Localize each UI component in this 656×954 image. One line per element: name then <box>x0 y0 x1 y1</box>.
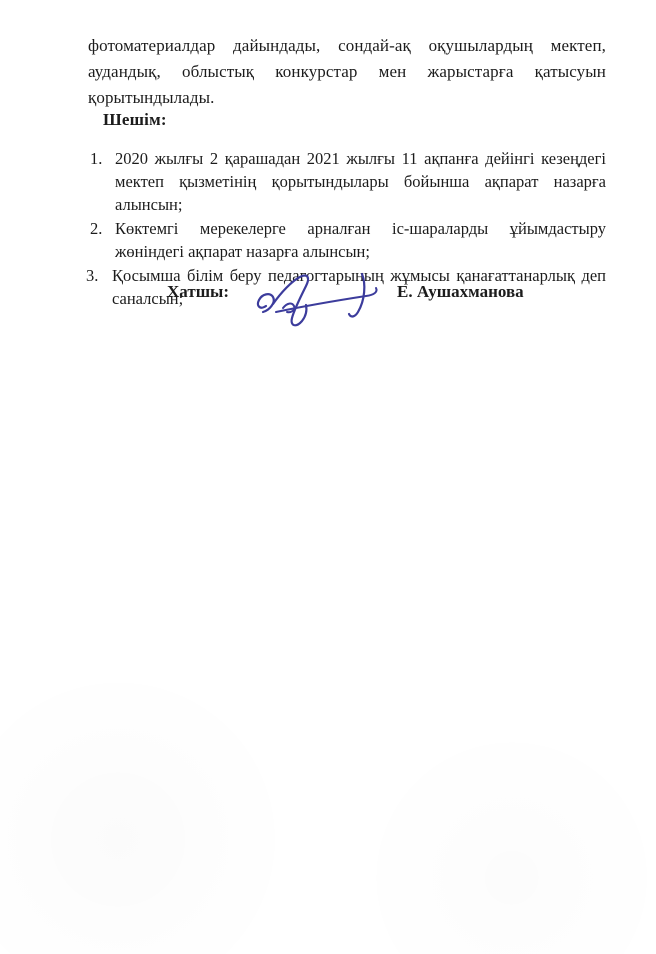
document-page: фотоматериалдар дайындады, сондай-ақ оқу… <box>0 0 656 954</box>
decision-item-2: Көктемгі мерекелерге арналған іс-шаралар… <box>88 217 606 263</box>
handwritten-signature <box>250 260 390 340</box>
decision-heading: Шешім: <box>103 110 167 130</box>
signature-block: Хатшы: Е. Аушахманова <box>0 258 656 348</box>
decision-item-1: 2020 жылғы 2 қарашадан 2021 жылғы 11 ақп… <box>88 147 606 216</box>
signature-role-label: Хатшы: <box>167 282 229 302</box>
signature-person-name: Е. Аушахманова <box>397 282 524 302</box>
intro-paragraph: фотоматериалдар дайындады, сондай-ақ оқу… <box>88 33 606 111</box>
